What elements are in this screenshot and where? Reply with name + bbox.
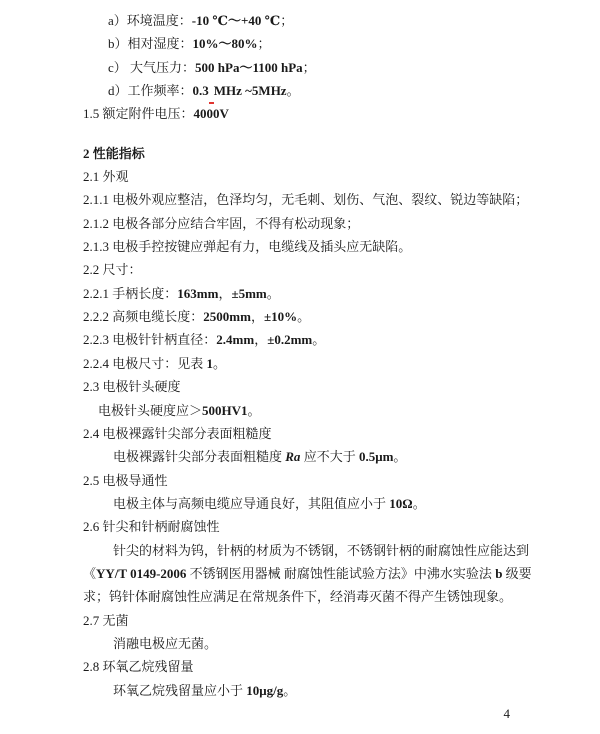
doc-line: 电极裸露针尖部分表面粗糙度 Ra 应不大于 0.5μm。 (83, 445, 512, 468)
text-run: 针尖的材料为钨，针柄的材质为不锈钢，不锈钢针柄的耐腐蚀性应能达到 (113, 543, 529, 558)
doc-line: b）相对湿度：10%～80%； (83, 32, 512, 55)
text-run: 2.7 无菌 (83, 613, 129, 628)
text-run: 10Ω (389, 496, 412, 511)
doc-line: 2.7 无菌 (83, 609, 512, 632)
doc-line: 《YY/T 0149-2006 不锈钢医用器械 耐腐蚀性能试验方法》中沸水实验法… (83, 562, 512, 585)
text-run: ±5mm (231, 286, 266, 301)
text-run: 2.1.2 电极各部分应结合牢固，不得有松动现象； (83, 216, 359, 231)
page-number: 4 (83, 702, 512, 725)
doc-line: 消融电极应无菌。 (83, 632, 512, 655)
text-run: 163mm (177, 286, 218, 301)
text-run: d）工作频率： (108, 83, 193, 98)
doc-line: 求；钨针体耐腐蚀性应满足在常规条件下，经消毒灭菌不得产生锈蚀现象。 (83, 585, 512, 608)
text-run: 电极主体与高频电缆应导通良好，其阻值应小于 (113, 496, 389, 511)
text-run: ±10% (264, 309, 297, 324)
text-run: c） 大气压力： (108, 60, 195, 75)
text-run: ， (254, 332, 267, 347)
text-run: ±0.2mm (267, 332, 312, 347)
section-heading: 2 性能指标 (83, 142, 512, 165)
doc-line: 1.5 额定附件电压：4000V (83, 102, 512, 125)
text-run: 。 (393, 449, 406, 464)
text-run: 0.3 (193, 83, 209, 98)
text-run: 2.2.2 高频电缆长度： (83, 309, 203, 324)
text-run: 2 性能指标 (83, 146, 145, 161)
text-run: 500HV1 (202, 403, 248, 418)
doc-line: 2.6 针尖和针柄耐腐蚀性 (83, 515, 512, 538)
text-run: 1.5 额定附件电压： (83, 106, 194, 121)
text-run: -10 ℃～+40 ℃ (192, 13, 280, 28)
text-run: 《 (83, 566, 96, 581)
doc-line: 2.2.2 高频电缆长度：2500mm，±10%。 (83, 305, 512, 328)
doc-line: 电极针头硬度应＞500HV1。 (83, 399, 512, 422)
text-run: 2.4 电极裸露针尖部分表面粗糙度 (83, 426, 272, 441)
text-run: 。 (287, 83, 300, 98)
doc-line: 2.8 环氧乙烷残留量 (83, 655, 512, 678)
text-run: YY/T 0149-2006 (96, 566, 186, 581)
text-run: 不锈钢医用器械 耐腐蚀性能试验方法》中沸水实验法 (186, 566, 495, 581)
text-run: 应不大于 (300, 449, 359, 464)
text-run: 电极裸露针尖部分表面粗糙度 (113, 449, 285, 464)
text-run: 2.1.3 电极手控按键应弹起有力，电缆线及插头应无缺陷。 (83, 239, 411, 254)
text-run: 2.4mm (216, 332, 254, 347)
text-run: 。 (283, 683, 296, 698)
text-run: 500 hPa～1100 hPa (195, 60, 303, 75)
doc-line: 2.2.3 电极针针柄直径：2.4mm，±0.2mm。 (83, 328, 512, 351)
text-run: ， (251, 309, 264, 324)
doc-line: 2.1.2 电极各部分应结合牢固，不得有松动现象； (83, 212, 512, 235)
text-run: 2.6 针尖和针柄耐腐蚀性 (83, 519, 220, 534)
document-body: a）环境温度：-10 ℃～+40 ℃；b）相对湿度：10%～80%；c） 大气压… (83, 9, 512, 702)
text-run: 环氧乙烷残留量应小于 (113, 683, 246, 698)
text-run: Ra (285, 449, 300, 464)
text-run: 10μg/g (246, 683, 283, 698)
text-run: 2.2 尺寸： (83, 262, 142, 277)
doc-line: 2.3 电极针头硬度 (83, 375, 512, 398)
text-run: 2.8 环氧乙烷残留量 (83, 659, 194, 674)
document-page: a）环境温度：-10 ℃～+40 ℃；b）相对湿度：10%～80%；c） 大气压… (83, 9, 512, 725)
doc-line: 2.4 电极裸露针尖部分表面粗糙度 (83, 422, 512, 445)
doc-line: 2.2 尺寸： (83, 258, 512, 281)
text-run: 0.5μm (359, 449, 393, 464)
text-run: 。 (213, 356, 226, 371)
text-run: ； (303, 60, 316, 75)
text-run: 2500mm (203, 309, 251, 324)
doc-line: 电极主体与高频电缆应导通良好，其阻值应小于 10Ω。 (83, 492, 512, 515)
text-run: MHz ~5MHz (214, 83, 287, 98)
text-run: 求；钨针体耐腐蚀性应满足在常规条件下，经消毒灭菌不得产生锈蚀现象。 (83, 589, 512, 604)
text-run: 消融电极应无菌。 (113, 636, 217, 651)
text-run: 。 (248, 403, 261, 418)
text-run: 2.2.1 手柄长度： (83, 286, 177, 301)
text-run: 级要 (502, 566, 531, 581)
doc-line: 2.5 电极导通性 (83, 469, 512, 492)
text-run: 2.5 电极导通性 (83, 473, 168, 488)
doc-line: 2.1.1 电极外观应整洁，色泽均匀，无毛刺、划伤、气泡、裂纹、锐边等缺陷； (83, 188, 512, 211)
text-run: 2.1.1 电极外观应整洁，色泽均匀，无毛刺、划伤、气泡、裂纹、锐边等缺陷； (83, 192, 528, 207)
doc-line: a）环境温度：-10 ℃～+40 ℃； (83, 9, 512, 32)
doc-line: 2.2.4 电极尺寸：见表 1。 (83, 352, 512, 375)
text-run: a）环境温度： (108, 13, 192, 28)
text-run: 4000V (194, 106, 229, 121)
doc-line: d）工作频率：0.3 MHz ~5MHz。 (83, 79, 512, 102)
text-run: 2.1 外观 (83, 169, 129, 184)
text-run: 2.3 电极针头硬度 (83, 379, 181, 394)
doc-line: 2.1 外观 (83, 165, 512, 188)
text-run: 电极针头硬度应＞ (98, 403, 202, 418)
text-run: 2.2.3 电极针针柄直径： (83, 332, 216, 347)
text-run: 10%～80% (193, 36, 258, 51)
text-run: b）相对湿度： (108, 36, 193, 51)
text-run: 2.2.4 电极尺寸：见表 (83, 356, 207, 371)
text-run: 。 (297, 309, 310, 324)
text-run: ， (218, 286, 231, 301)
text-run: ； (280, 13, 293, 28)
text-run: 。 (267, 286, 280, 301)
doc-line: c） 大气压力：500 hPa～1100 hPa； (83, 56, 512, 79)
text-run: ； (258, 36, 271, 51)
text-run: 。 (312, 332, 325, 347)
doc-line: 环氧乙烷残留量应小于 10μg/g。 (83, 679, 512, 702)
doc-line: 2.2.1 手柄长度：163mm，±5mm。 (83, 282, 512, 305)
doc-line: 2.1.3 电极手控按键应弹起有力，电缆线及插头应无缺陷。 (83, 235, 512, 258)
text-run: 。 (413, 496, 426, 511)
doc-line: 针尖的材料为钨，针柄的材质为不锈钢，不锈钢针柄的耐腐蚀性应能达到 (83, 539, 512, 562)
